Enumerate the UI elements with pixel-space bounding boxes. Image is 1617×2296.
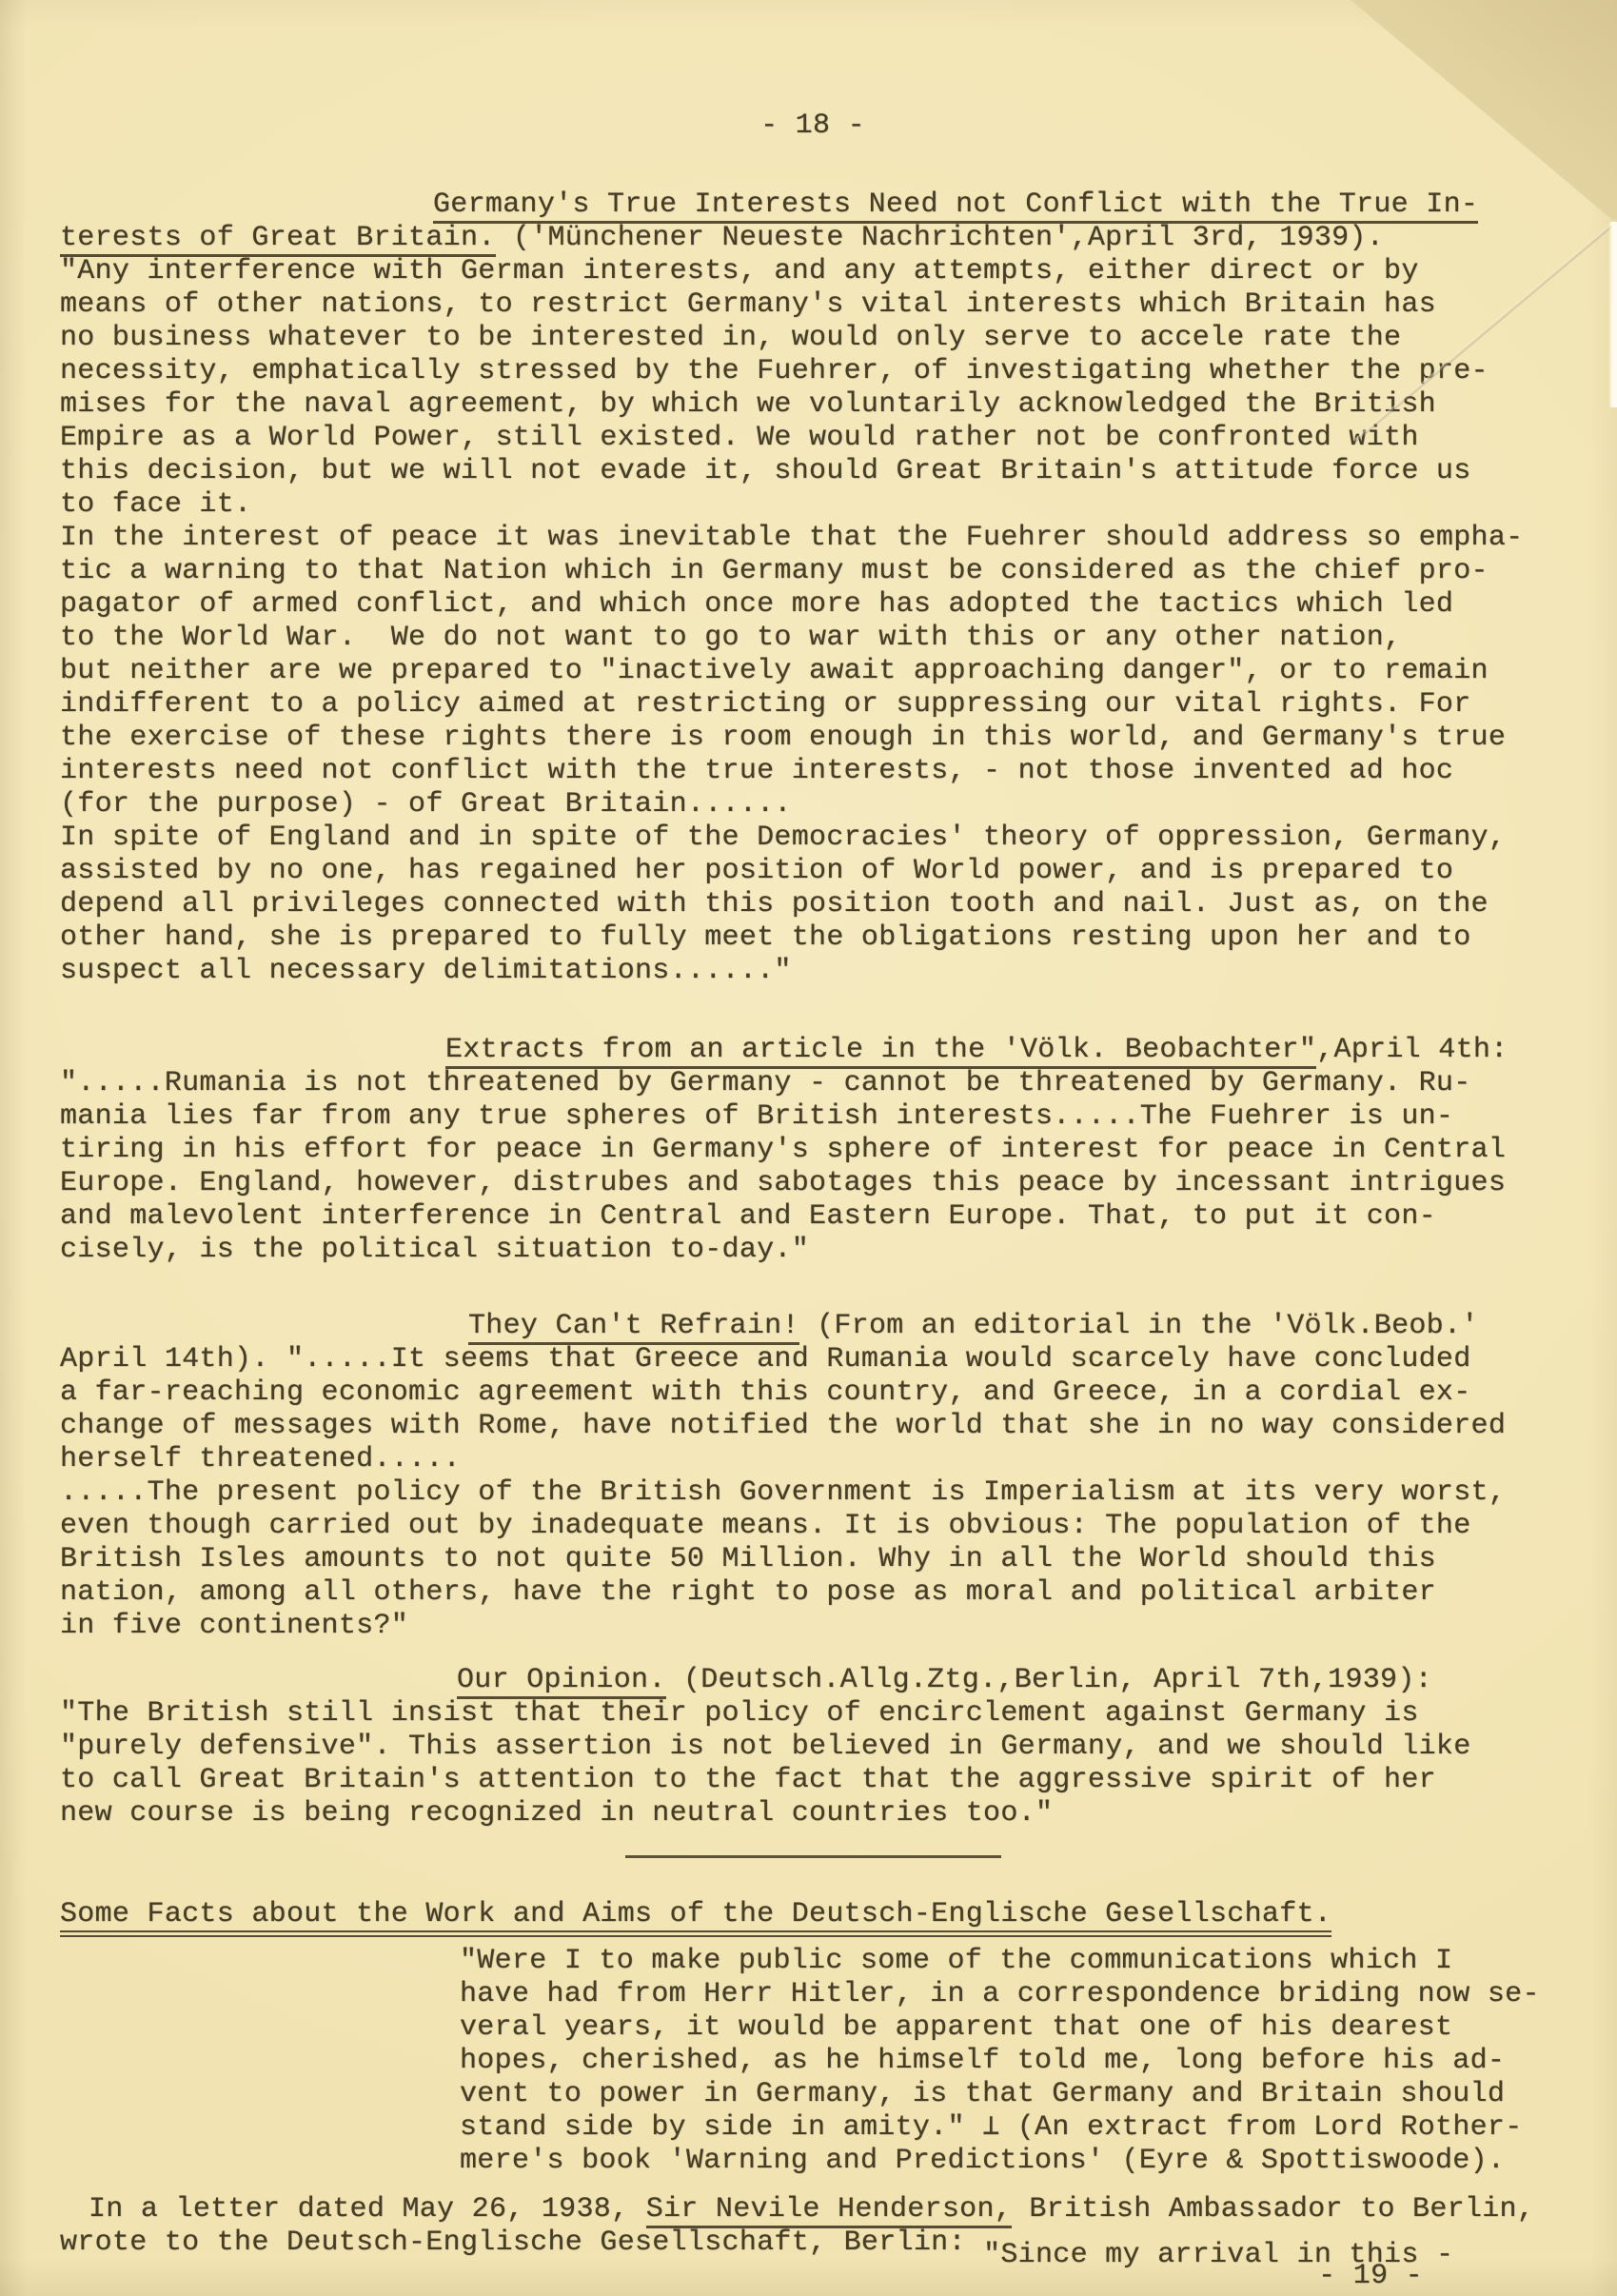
- section4-heading-rest: (Deutsch.Allg.Ztg.,Berlin, April 7th,193…: [666, 1664, 1432, 1696]
- section3-heading-rest: (From an editorial in the 'Völk.Beob.': [799, 1310, 1479, 1342]
- section-divider-rule: [625, 1855, 1001, 1858]
- page-edge-highlight: [1608, 222, 1617, 407]
- section1-heading-line2-underlined: terests of Great Britain.: [60, 222, 496, 257]
- section5-heading-underlined: Some Facts about the Work and Aims of th…: [60, 1898, 1331, 1937]
- section3-heading: They Can't Refrain! (From an editorial i…: [60, 1310, 1566, 1343]
- section5-heading: Some Facts about the Work and Aims of th…: [60, 1898, 1566, 1931]
- section2-paragraph: ".....Rumania is not threatened by Germa…: [60, 1067, 1566, 1267]
- section2-heading: Extracts from an article in the 'Völk. B…: [60, 1034, 1566, 1067]
- scanned-document-page: - 18 - Germany's True Interests Need not…: [0, 0, 1617, 2296]
- section1-heading-line2-rest: ('Münchener Neueste Nachrichten',April 3…: [496, 222, 1384, 254]
- section1-heading-line1: Germany's True Interests Need not Confli…: [60, 188, 1566, 222]
- section1-body: "Any interference with German interests,…: [60, 255, 1523, 987]
- final-lead: In a letter dated May 26, 1938,: [89, 2193, 646, 2226]
- section5-blockquote: "Were I to make public some of the commu…: [60, 1945, 1566, 2178]
- section2-heading-underlined: Extracts from an article in the 'Völk. B…: [445, 1034, 1316, 1069]
- section5-final-paragraph: In a letter dated May 26, 1938, Sir Nevi…: [60, 2193, 1566, 2260]
- section4-heading: Our Opinion. (Deutsch.Allg.Ztg.,Berlin, …: [60, 1664, 1566, 1697]
- section3-paragraph: April 14th). ".....It seems that Greece …: [60, 1343, 1566, 1643]
- final-underlined-name: Sir Nevile Henderson,: [646, 2193, 1012, 2228]
- section3-heading-underlined: They Can't Refrain!: [468, 1310, 799, 1345]
- section1-paragraph: terests of Great Britain. ('Münchener Ne…: [60, 222, 1566, 988]
- section4-paragraph: "The British still insist that their pol…: [60, 1697, 1566, 1831]
- section1-heading-line1-text: Germany's True Interests Need not Confli…: [433, 188, 1478, 224]
- final-tail-offset: "Since my arrival in this -: [983, 2239, 1453, 2272]
- section4-heading-underlined: Our Opinion.: [457, 1664, 666, 1699]
- section2-heading-rest: ,April 4th:: [1316, 1034, 1508, 1066]
- page-number-top: - 18 -: [60, 109, 1566, 143]
